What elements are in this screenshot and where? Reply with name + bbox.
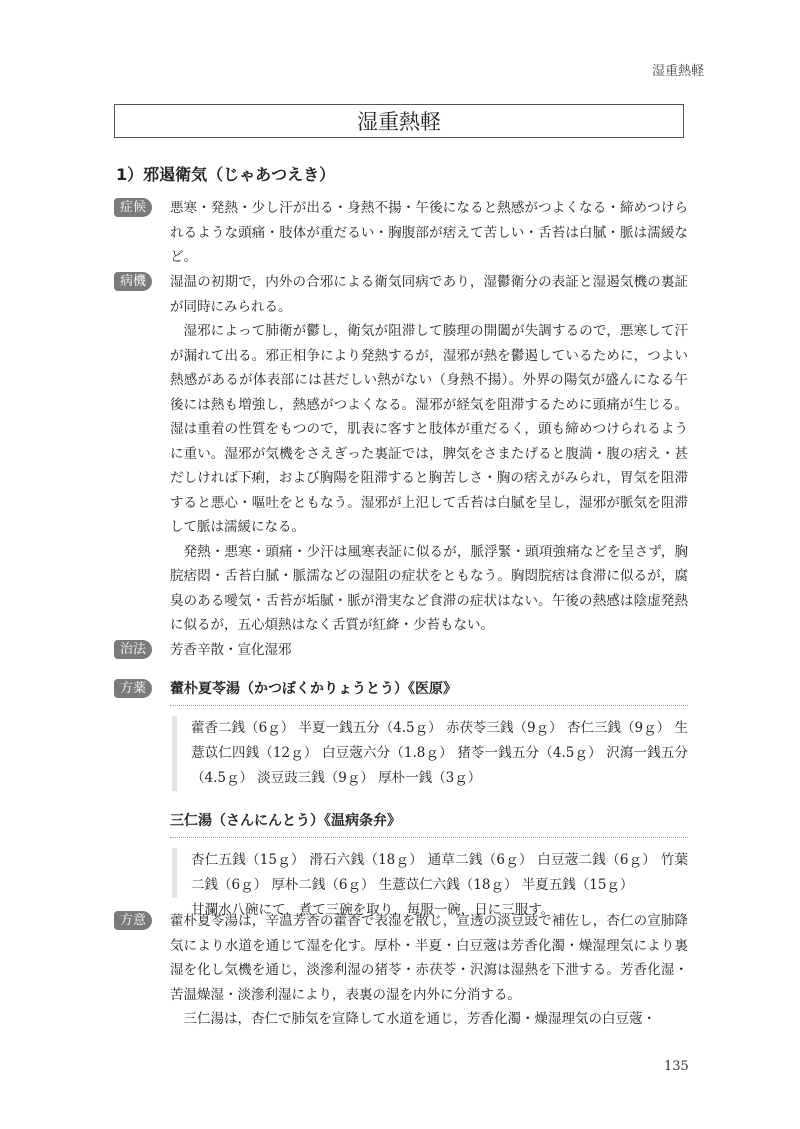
mechanism-block: 病機 湿温の初期で，内外の合邪による衛気同病であり，湿鬱衛分の表証と湿遏気機の裏… bbox=[114, 270, 688, 638]
symptoms-block: 症候 悪寒・発熱・少し汗が出る・身熱不揚・午後になると熱感がつよくなる・締めつけ… bbox=[114, 196, 688, 270]
symptoms-text: 悪寒・発熱・少し汗が出る・身熱不揚・午後になると熱感がつよくなる・締めつけられる… bbox=[170, 196, 688, 270]
rationale-label: 方意 bbox=[114, 911, 152, 930]
formulas-block: 方薬 藿朴夏苓湯（かつぼくかりょうとう）《医原》 藿香二銭（6ｇ） 半夏一銭五分… bbox=[114, 677, 688, 923]
formula-2-ingredients: 杏仁五銭（15ｇ） 滑石六銭（18ｇ） 通草二銭（6ｇ） 白豆蔲二銭（6ｇ） 竹… bbox=[172, 848, 688, 898]
section-heading: 1）邪遏衛気（じゃあつえき） bbox=[116, 162, 335, 185]
chapter-title: 湿重熱軽 bbox=[357, 106, 441, 136]
formula-2-title: 三仁湯（さんにんとう）《温病条弁》 bbox=[170, 809, 688, 838]
treatment-text: 芳香辛散・宣化湿邪 bbox=[170, 638, 688, 663]
formula-2: 三仁湯（さんにんとう）《温病条弁》 杏仁五銭（15ｇ） 滑石六銭（18ｇ） 通草… bbox=[170, 809, 688, 923]
formula-1-title: 藿朴夏苓湯（かつぼくかりょうとう）《医原》 bbox=[170, 677, 688, 706]
treatment-label: 治法 bbox=[114, 640, 152, 659]
mechanism-paragraph-1: 湿温の初期で，内外の合邪による衛気同病であり，湿鬱衛分の表証と湿遏気機の裏証が同… bbox=[170, 270, 688, 319]
formula-1-ingredients: 藿香二銭（6ｇ） 半夏一銭五分（4.5ｇ） 赤茯苓三銭（9ｇ） 杏仁三銭（9ｇ）… bbox=[172, 716, 688, 791]
rationale-block: 方意 藿朴夏苓湯は，辛温芳香の藿香で表湿を散じ，宣透の淡豆豉で補佐し，杏仁の宣肺… bbox=[114, 909, 688, 1032]
mechanism-label: 病機 bbox=[114, 272, 152, 291]
page-number: 135 bbox=[664, 1059, 689, 1074]
mechanism-paragraph-3: 発熱・悪寒・頭痛・少汗は風寒表証に似るが，脈浮緊・頭項強痛などを呈さず，胸脘痞悶… bbox=[170, 540, 688, 638]
formulas-label: 方薬 bbox=[114, 679, 152, 698]
formula-1: 藿朴夏苓湯（かつぼくかりょうとう）《医原》 藿香二銭（6ｇ） 半夏一銭五分（4.… bbox=[170, 677, 688, 791]
chapter-title-box: 湿重熱軽 bbox=[114, 104, 684, 138]
mechanism-paragraph-2: 湿邪によって肺衛が鬱し，衛気が阻滞して腠理の開闔が失調するので，悪寒して汗が漏れ… bbox=[170, 319, 688, 540]
rationale-paragraph-1: 藿朴夏苓湯は，辛温芳香の藿香で表湿を散じ，宣透の淡豆豉で補佐し，杏仁の宣肺降気に… bbox=[170, 909, 688, 1007]
rationale-paragraph-2: 三仁湯は，杏仁で肺気を宣降して水道を通じ，芳香化濁・燥湿理気の白豆蔲・ bbox=[170, 1007, 688, 1032]
treatment-block: 治法 芳香辛散・宣化湿邪 bbox=[114, 638, 688, 663]
running-head: 湿重熱軽 bbox=[652, 60, 704, 79]
symptoms-label: 症候 bbox=[114, 198, 152, 217]
